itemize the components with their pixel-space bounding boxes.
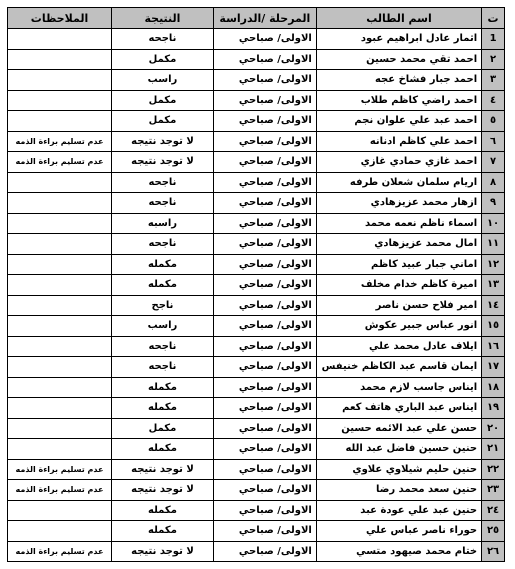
notes-cell: عدم تسليم براءة الذمه: [8, 131, 112, 152]
notes-cell: [8, 439, 112, 460]
result-cell: مكمله: [112, 275, 214, 296]
student-name: حنين سعد محمد رضا: [316, 480, 481, 501]
row-number: ٢٠: [482, 418, 505, 439]
student-name: حنين عبد علي عودة عبد: [316, 500, 481, 521]
stage-cell: الاولى/ صباحي: [213, 377, 316, 398]
student-name: احمد غازي حمادي غازي: [316, 152, 481, 173]
result-cell: راسب: [112, 316, 214, 337]
result-cell: لا توجد نتيجه: [112, 459, 214, 480]
stage-cell: الاولى/ صباحي: [213, 295, 316, 316]
student-name: احمد عبد علي علوان نجم: [316, 111, 481, 132]
result-cell: مكمل: [112, 418, 214, 439]
stage-cell: الاولى/ صباحي: [213, 152, 316, 173]
student-name: احمد جبار فشاخ عجه: [316, 70, 481, 91]
student-name: حنين حسين فاضل عبد الله: [316, 439, 481, 460]
result-cell: لا توجد نتيجه: [112, 480, 214, 501]
student-name: اسماء ناظم نعمه محمد: [316, 213, 481, 234]
row-number: ٧: [482, 152, 505, 173]
row-number: 1: [482, 29, 505, 50]
notes-cell: عدم تسليم براءة الذمه: [8, 480, 112, 501]
notes-cell: [8, 29, 112, 50]
result-cell: مكمل: [112, 111, 214, 132]
stage-cell: الاولى/ صباحي: [213, 193, 316, 214]
row-number: ٢١: [482, 439, 505, 460]
stage-cell: الاولى/ صباحي: [213, 521, 316, 542]
row-number: ١٦: [482, 336, 505, 357]
row-number: ٢٢: [482, 459, 505, 480]
notes-cell: [8, 111, 112, 132]
notes-cell: [8, 254, 112, 275]
header-notes: الملاحظات: [8, 8, 112, 29]
notes-cell: [8, 234, 112, 255]
table-row: ٢٠حسن علي عبد الائمه حسينالاولى/ صباحيمك…: [8, 418, 505, 439]
stage-cell: الاولى/ صباحي: [213, 213, 316, 234]
table-row: ١٤امير فلاح حسن ناصرالاولى/ صباحيناجح: [8, 295, 505, 316]
notes-cell: [8, 418, 112, 439]
table-row: ٢٦ختام محمد صيهود متسيالاولى/ صباحيلا تو…: [8, 541, 505, 562]
header-row: ت اسم الطالب المرحلة /الدراسة النتيجة ال…: [8, 8, 505, 29]
row-number: ١٢: [482, 254, 505, 275]
table-row: ١٢اماني جبار عبيد كاظمالاولى/ صباحيمكمله: [8, 254, 505, 275]
result-cell: لا توجد نتيجه: [112, 152, 214, 173]
stage-cell: الاولى/ صباحي: [213, 90, 316, 111]
notes-cell: [8, 70, 112, 91]
notes-cell: عدم تسليم براءة الذمه: [8, 541, 112, 562]
row-number: ٤: [482, 90, 505, 111]
student-results-table: ت اسم الطالب المرحلة /الدراسة النتيجة ال…: [7, 7, 505, 562]
result-cell: لا توجد نتيجه: [112, 541, 214, 562]
row-number: ١٥: [482, 316, 505, 337]
stage-cell: الاولى/ صباحي: [213, 254, 316, 275]
stage-cell: الاولى/ صباحي: [213, 439, 316, 460]
row-number: ١٩: [482, 398, 505, 419]
result-cell: مكمل: [112, 49, 214, 70]
student-name: احمد تقي محمد حسين: [316, 49, 481, 70]
student-name: ايمان قاسم عبد الكاظم خنيفس: [316, 357, 481, 378]
student-name: حوراء ناصر عباس علي: [316, 521, 481, 542]
notes-cell: [8, 172, 112, 193]
notes-cell: [8, 49, 112, 70]
row-number: ٢٣: [482, 480, 505, 501]
stage-cell: الاولى/ صباحي: [213, 111, 316, 132]
table-row: ١٦ايلاف عادل محمد عليالاولى/ صباحيناجحه: [8, 336, 505, 357]
student-name: ايناس عبد الباري هاتف كعم: [316, 398, 481, 419]
stage-cell: الاولى/ صباحي: [213, 357, 316, 378]
result-cell: راسبه: [112, 213, 214, 234]
stage-cell: الاولى/ صباحي: [213, 500, 316, 521]
result-cell: مكمله: [112, 377, 214, 398]
result-cell: ناجح: [112, 295, 214, 316]
table-row: ١٣اميرة كاظم خدام مخلفالاولى/ صباحيمكمله: [8, 275, 505, 296]
table-row: ٦احمد علي كاظم ادنانهالاولى/ صباحيلا توج…: [8, 131, 505, 152]
row-number: ١٨: [482, 377, 505, 398]
result-cell: مكمله: [112, 500, 214, 521]
student-name: امال محمد عزيزهادي: [316, 234, 481, 255]
table-row: ١٧ايمان قاسم عبد الكاظم خنيفسالاولى/ صبا…: [8, 357, 505, 378]
table-row: ٥احمد عبد علي علوان نجمالاولى/ صباحيمكمل: [8, 111, 505, 132]
result-cell: لا توجد نتيجه: [112, 131, 214, 152]
result-cell: مكمله: [112, 398, 214, 419]
table-row: ٢٥حوراء ناصر عباس عليالاولى/ صباحيمكمله: [8, 521, 505, 542]
row-number: ٥: [482, 111, 505, 132]
stage-cell: الاولى/ صباحي: [213, 172, 316, 193]
result-cell: مكمله: [112, 521, 214, 542]
table-row: ٢٢حنين حليم شيلاوي علاويالاولى/ صباحيلا …: [8, 459, 505, 480]
header-name: اسم الطالب: [316, 8, 481, 29]
stage-cell: الاولى/ صباحي: [213, 275, 316, 296]
student-name: ايناس جاسب لازم محمد: [316, 377, 481, 398]
row-number: ٢٦: [482, 541, 505, 562]
notes-cell: [8, 275, 112, 296]
table-row: ٢٤حنين عبد علي عودة عبدالاولى/ صباحيمكمل…: [8, 500, 505, 521]
stage-cell: الاولى/ صباحي: [213, 459, 316, 480]
result-cell: مكمله: [112, 254, 214, 275]
student-name: امير فلاح حسن ناصر: [316, 295, 481, 316]
row-number: ١٠: [482, 213, 505, 234]
notes-cell: [8, 193, 112, 214]
stage-cell: الاولى/ صباحي: [213, 316, 316, 337]
student-name: اميرة كاظم خدام مخلف: [316, 275, 481, 296]
notes-cell: [8, 398, 112, 419]
result-cell: ناجحه: [112, 336, 214, 357]
notes-cell: [8, 90, 112, 111]
result-cell: ناجحه: [112, 193, 214, 214]
row-number: ٢٤: [482, 500, 505, 521]
row-number: ١٣: [482, 275, 505, 296]
row-number: ١١: [482, 234, 505, 255]
student-name: ايلاف عادل محمد علي: [316, 336, 481, 357]
student-name: اماني جبار عبيد كاظم: [316, 254, 481, 275]
table-row: ٩ازهار محمد عزيزهاديالاولى/ صباحيناجحه: [8, 193, 505, 214]
notes-cell: [8, 521, 112, 542]
stage-cell: الاولى/ صباحي: [213, 131, 316, 152]
header-num: ت: [482, 8, 505, 29]
table-row: ٣احمد جبار فشاخ عجهالاولى/ صباحيراسب: [8, 70, 505, 91]
row-number: ٨: [482, 172, 505, 193]
table-row: 1اثمار عادل ابراهيم عبودالاولى/ صباحيناج…: [8, 29, 505, 50]
student-name: احمد علي كاظم ادنانه: [316, 131, 481, 152]
student-name: حنين حليم شيلاوي علاوي: [316, 459, 481, 480]
row-number: ٢٥: [482, 521, 505, 542]
table-row: ٢٣حنين سعد محمد رضاالاولى/ صباحيلا توجد …: [8, 480, 505, 501]
result-cell: راسب: [112, 70, 214, 91]
notes-cell: [8, 500, 112, 521]
table-row: ١٠اسماء ناظم نعمه محمدالاولى/ صباحيراسبه: [8, 213, 505, 234]
notes-cell: [8, 336, 112, 357]
result-cell: ناجحه: [112, 29, 214, 50]
row-number: ٦: [482, 131, 505, 152]
header-result: النتيجة: [112, 8, 214, 29]
table-row: ١٩ايناس عبد الباري هاتف كعمالاولى/ صباحي…: [8, 398, 505, 419]
table-body: 1اثمار عادل ابراهيم عبودالاولى/ صباحيناج…: [8, 29, 505, 562]
row-number: ٣: [482, 70, 505, 91]
header-stage: المرحلة /الدراسة: [213, 8, 316, 29]
table-row: ٢١حنين حسين فاضل عبد اللهالاولى/ صباحيمك…: [8, 439, 505, 460]
stage-cell: الاولى/ صباحي: [213, 480, 316, 501]
student-name: اثمار عادل ابراهيم عبود: [316, 29, 481, 50]
table-row: ١٨ايناس جاسب لازم محمدالاولى/ صباحيمكمله: [8, 377, 505, 398]
stage-cell: الاولى/ صباحي: [213, 49, 316, 70]
result-cell: مكمله: [112, 439, 214, 460]
table-row: ٢احمد تقي محمد حسينالاولى/ صباحيمكمل: [8, 49, 505, 70]
stage-cell: الاولى/ صباحي: [213, 234, 316, 255]
table-row: ٨اريام سلمان شعلان طرفهالاولى/ صباحيناجح…: [8, 172, 505, 193]
table-row: ٤احمد راضي كاظم طلابالاولى/ صباحيمكمل: [8, 90, 505, 111]
table-row: ٧احمد غازي حمادي غازيالاولى/ صباحيلا توج…: [8, 152, 505, 173]
result-cell: ناجحه: [112, 357, 214, 378]
table-row: ١١امال محمد عزيزهاديالاولى/ صباحيناجحه: [8, 234, 505, 255]
stage-cell: الاولى/ صباحي: [213, 29, 316, 50]
stage-cell: الاولى/ صباحي: [213, 418, 316, 439]
row-number: ٢: [482, 49, 505, 70]
row-number: ١٧: [482, 357, 505, 378]
student-name: احمد راضي كاظم طلاب: [316, 90, 481, 111]
notes-cell: [8, 377, 112, 398]
row-number: ١٤: [482, 295, 505, 316]
student-name: انور عباس جبير عكوش: [316, 316, 481, 337]
notes-cell: عدم تسليم براءة الذمه: [8, 152, 112, 173]
stage-cell: الاولى/ صباحي: [213, 336, 316, 357]
notes-cell: [8, 213, 112, 234]
notes-cell: [8, 316, 112, 337]
stage-cell: الاولى/ صباحي: [213, 398, 316, 419]
student-name: حسن علي عبد الائمه حسين: [316, 418, 481, 439]
stage-cell: الاولى/ صباحي: [213, 541, 316, 562]
student-name: ازهار محمد عزيزهادي: [316, 193, 481, 214]
row-number: ٩: [482, 193, 505, 214]
table-row: ١٥انور عباس جبير عكوشالاولى/ صباحيراسب: [8, 316, 505, 337]
result-cell: مكمل: [112, 90, 214, 111]
notes-cell: [8, 357, 112, 378]
stage-cell: الاولى/ صباحي: [213, 70, 316, 91]
student-name: اريام سلمان شعلان طرفه: [316, 172, 481, 193]
result-cell: ناجحه: [112, 172, 214, 193]
notes-cell: عدم تسليم براءة الذمه: [8, 459, 112, 480]
result-cell: ناجحه: [112, 234, 214, 255]
notes-cell: [8, 295, 112, 316]
student-name: ختام محمد صيهود متسي: [316, 541, 481, 562]
